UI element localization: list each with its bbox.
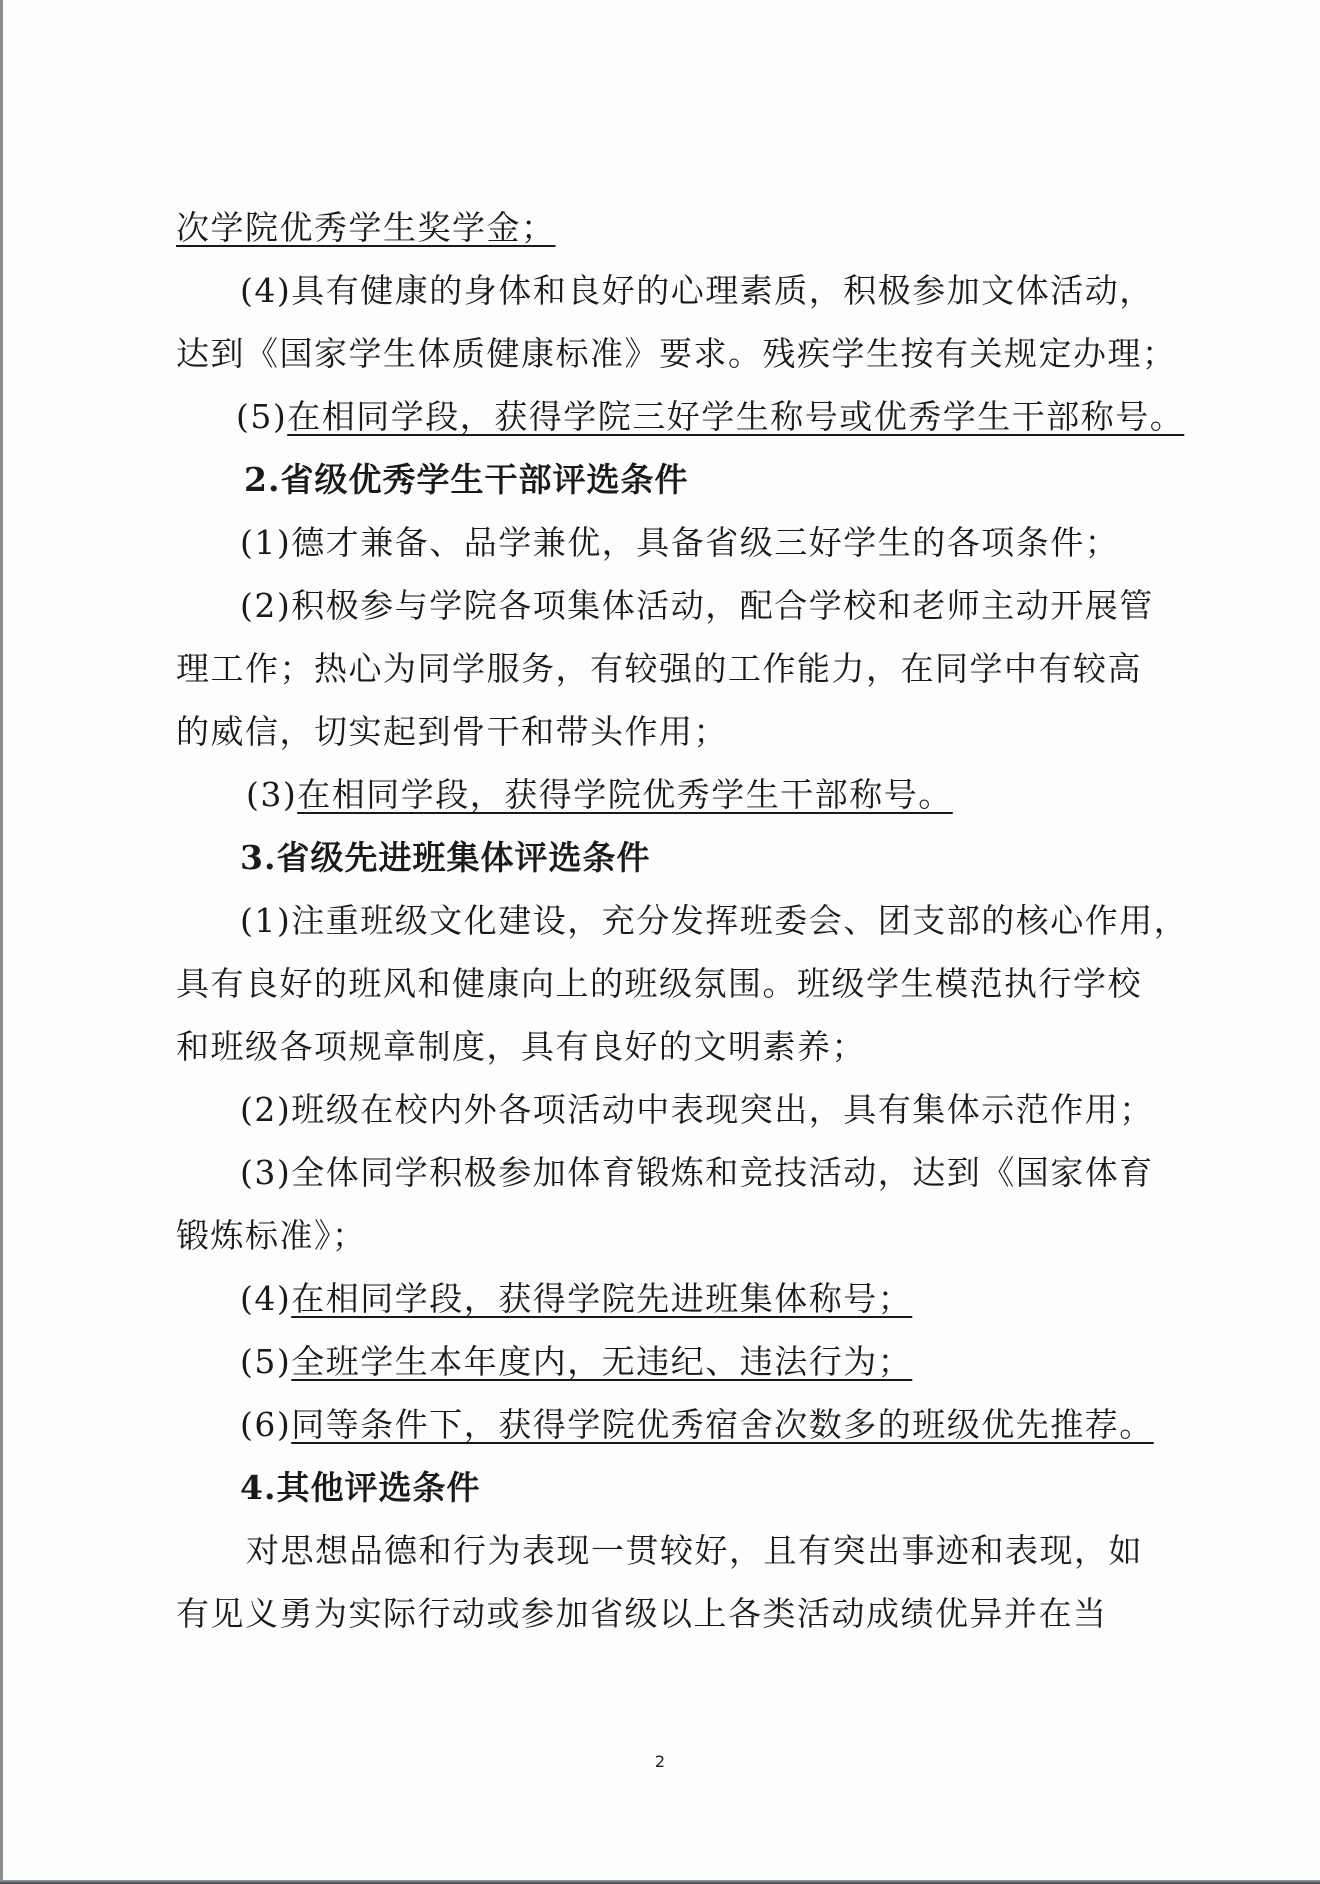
item-text: 注重班级文化建设，充分发挥班委会、团支部的核心作用， <box>291 901 1188 940</box>
paragraph-line: 理工作；热心为同学服务，有较强的工作能力，在同学中有较高 <box>176 649 1142 689</box>
item-text: 具有健康的身体和良好的心理素质，积极参加文体活动， <box>291 271 1154 310</box>
section-heading-text: 4.其他评选条件 <box>240 1468 480 1507</box>
underlined-text: 次学院优秀学生奖学金； <box>176 208 556 247</box>
section-heading-3: 3.省级先进班集体评选条件 <box>240 838 650 878</box>
underlined-text: 全班学生本年度内，无违纪、违法行为； <box>291 1342 912 1381</box>
paragraph-line: 锻炼标准》； <box>176 1216 367 1256</box>
list-item-line: (5)在相同学段，获得学院三好学生称号或优秀学生干部称号。 <box>236 397 1184 437</box>
section-heading-2: 2.省级优秀学生干部评选条件 <box>244 460 688 500</box>
list-item-line: (5)全班学生本年度内，无违纪、违法行为； <box>240 1342 912 1382</box>
item-text: 德才兼备、品学兼优，具备省级三好学生的各项条件； <box>291 523 1119 562</box>
item-text: 有见义勇为实际行动或参加省级以上各类活动成绩优异并在当 <box>176 1594 1108 1633</box>
list-item-line: (6)同等条件下，获得学院优秀宿舍次数多的班级优先推荐。 <box>240 1405 1154 1445</box>
section-heading-text: 2.省级优秀学生干部评选条件 <box>244 460 688 499</box>
paragraph-line: 具有良好的班风和健康向上的班级氛围。班级学生模范执行学校 <box>176 964 1142 1004</box>
item-number: (1) <box>240 523 291 562</box>
item-number: (5) <box>236 397 287 436</box>
underlined-text: 在相同学段，获得学院优秀学生干部称号。 <box>297 775 953 814</box>
item-text: 理工作；热心为同学服务，有较强的工作能力，在同学中有较高 <box>176 649 1142 688</box>
section-heading-text: 3.省级先进班集体评选条件 <box>240 838 650 877</box>
item-number: (1) <box>240 901 291 940</box>
list-item-line: (1)注重班级文化建设，充分发挥班委会、团支部的核心作用， <box>240 901 1188 941</box>
item-text: 积极参与学院各项集体活动，配合学校和老师主动开展管 <box>291 586 1154 625</box>
list-item-line: (2)班级在校内外各项活动中表现突出，具有集体示范作用； <box>240 1090 1154 1130</box>
item-number: (4) <box>240 271 291 310</box>
list-item-line: (3)全体同学积极参加体育锻炼和竞技活动，达到《国家体育 <box>240 1153 1154 1193</box>
item-number: (2) <box>240 586 291 625</box>
item-text: 对思想品德和行为表现一贯较好，且有突出事迹和表现，如 <box>246 1531 1143 1570</box>
item-text: 班级在校内外各项活动中表现突出，具有集体示范作用； <box>291 1090 1154 1129</box>
item-number: (3) <box>240 1153 291 1192</box>
item-text: 的威信，切实起到骨干和带头作用； <box>176 712 728 751</box>
paragraph-line: 和班级各项规章制度，具有良好的文明素养； <box>176 1027 866 1067</box>
item-number: (5) <box>240 1342 291 1381</box>
paragraph-line: 有见义勇为实际行动或参加省级以上各类活动成绩优异并在当 <box>176 1594 1108 1634</box>
scan-edge-bottom <box>0 1880 1320 1884</box>
page-number: 2 <box>0 1752 1320 1771</box>
paragraph-line: 对思想品德和行为表现一贯较好，且有突出事迹和表现，如 <box>246 1531 1143 1571</box>
underlined-text: 在相同学段，获得学院先进班集体称号； <box>291 1279 912 1318</box>
underlined-text: 在相同学段，获得学院三好学生称号或优秀学生干部称号。 <box>287 397 1184 436</box>
underlined-text: 同等条件下，获得学院优秀宿舍次数多的班级优先推荐。 <box>291 1405 1154 1444</box>
paragraph-line: 达到《国家学生体质健康标准》要求。残疾学生按有关规定办理； <box>176 334 1177 374</box>
list-item-line: (2)积极参与学院各项集体活动，配合学校和老师主动开展管 <box>240 586 1154 626</box>
scan-edge-left <box>0 0 3 1884</box>
paragraph-line: 次学院优秀学生奖学金； <box>176 208 556 248</box>
paragraph-line: 的威信，切实起到骨干和带头作用； <box>176 712 728 752</box>
list-item-line: (4)在相同学段，获得学院先进班集体称号； <box>240 1279 912 1319</box>
item-number: (4) <box>240 1279 291 1318</box>
item-text: 具有良好的班风和健康向上的班级氛围。班级学生模范执行学校 <box>176 964 1142 1003</box>
list-item-line: (1)德才兼备、品学兼优，具备省级三好学生的各项条件； <box>240 523 1119 563</box>
item-number: (2) <box>240 1090 291 1129</box>
item-text: 全体同学积极参加体育锻炼和竞技活动，达到《国家体育 <box>291 1153 1154 1192</box>
item-number: (6) <box>240 1405 291 1444</box>
list-item-line: (3)在相同学段，获得学院优秀学生干部称号。 <box>246 775 953 815</box>
section-heading-4: 4.其他评选条件 <box>240 1468 480 1508</box>
item-text: 达到《国家学生体质健康标准》要求。残疾学生按有关规定办理； <box>176 334 1177 373</box>
list-item-line: (4)具有健康的身体和良好的心理素质，积极参加文体活动， <box>240 271 1154 311</box>
item-text: 锻炼标准》； <box>176 1216 367 1255</box>
item-text: 和班级各项规章制度，具有良好的文明素养； <box>176 1027 866 1066</box>
item-number: (3) <box>246 775 297 814</box>
